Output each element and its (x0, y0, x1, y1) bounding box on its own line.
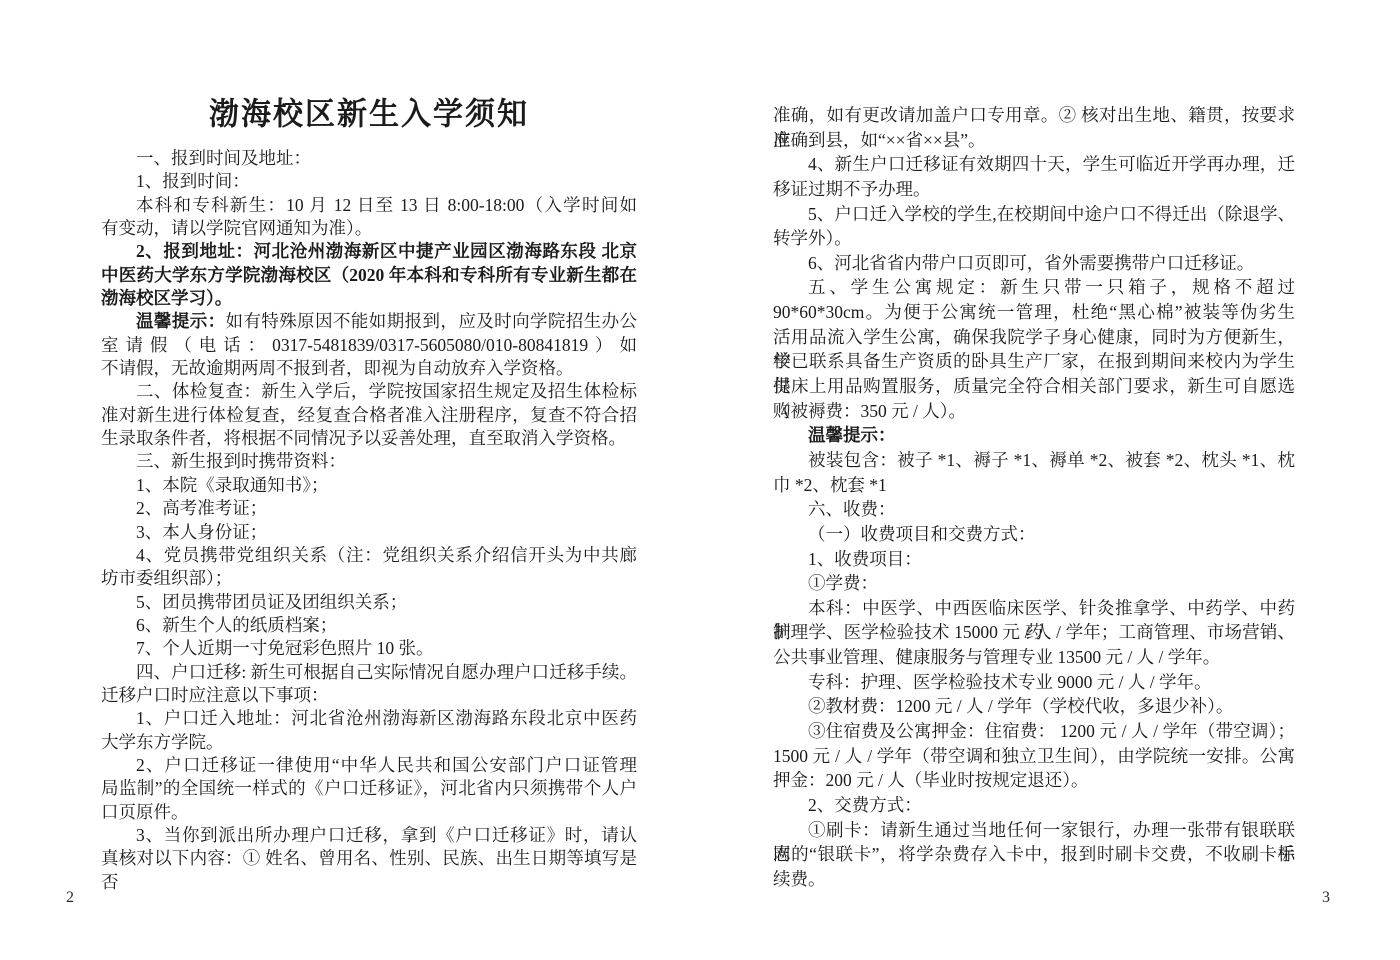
text-run: 6、河北省省内带户口页即可，省外需要携带户口迁移证。 (808, 253, 1254, 273)
text-line: 2、交费方式： (773, 793, 1295, 818)
text-run: ③住宿费及公寓押金：住宿费： 1200 元 / 人 / 学年（带空调）； (808, 721, 1295, 741)
text-line: 4、新生户口迁移证有效期四十天，学生可临近开学再办理，迁 (773, 152, 1295, 177)
text-run: 2、户口迁移证一律使用“中华人民共和国公安部门户口证管理 (136, 755, 637, 775)
text-run: 押金：200 元 / 人（毕业时按规定退还）。 (773, 770, 1089, 790)
text-line: 3、当你到派出所办理户口迁移，拿到《户口迁移证》时，请认 (101, 824, 637, 847)
text-run: 二、体检复查：新生入学后，学院按国家招生规定及招生体检标 (136, 381, 637, 401)
text-run: （被褥费：350 元 / 人）。 (773, 401, 966, 421)
text-line: 本科：中医学、中西医临床医学、针灸推拿学、中药学、中药制药、 (773, 596, 1295, 621)
page-3-content: 准确，如有更改请加盖户口专用章。② 核对出生地、籍贯，按要求应准确到县，如“××… (773, 103, 1295, 867)
text-run: 4、新生户口迁移证有效期四十天，学生可临近开学再办理，迁 (808, 154, 1295, 174)
text-run: 专科：护理、医学检验技术专业 9000 元 / 人 / 学年。 (808, 672, 1211, 692)
text-line: 4、党员携带党组织关系（注：党组织关系介绍信开头为中共廊 (101, 544, 637, 567)
text-run: 如有特殊原因不能如期报到，应及时向学院招生办公 (226, 311, 637, 331)
text-run: 不请假，无故逾期两周不报到者，即视为自动放弃入学资格。 (101, 358, 574, 378)
text-line: 室请假（电话：0317-5481839/0317-5605080/010-808… (101, 334, 637, 357)
text-run: 2、报到地址：河北沧州渤海新区中捷产业园区渤海路东段 北京 (136, 241, 637, 261)
text-line: 中医药大学东方学院渤海校区（2020 年本科和专科所有专业新生都在 (101, 264, 637, 287)
text-line: 准确到县，如“××省××县”。 (773, 128, 1295, 153)
text-line: 三、新生报到时携带资料： (101, 450, 637, 473)
text-run: 准对新生进行体检复查，经复查合格者准入注册程序，复查不符合招 (101, 405, 637, 425)
text-line: 口页原件。 (101, 801, 637, 824)
text-line: ①刷卡：请新生通过当地任何一家银行，办理一张带有银联联网标 (773, 818, 1295, 843)
page-number-left: 2 (66, 890, 74, 906)
text-line: 活用品流入学生公寓，确保我院学子身心健康，同时为方便新生，学 (773, 325, 1295, 350)
text-run: 本科和专科新生：10 月 12 日至 13 日 8:00-18:00（入学时间如 (136, 195, 637, 215)
text-line: 准对新生进行体检复查，经复查合格者准入注册程序，复查不符合招 (101, 404, 637, 427)
text-line: 局监制”的全国统一样式的《户口迁移证》，河北省内只须携带个人户 (101, 777, 637, 800)
text-run: 被装包含：被子 *1、褥子 *1、褥单 *2、被套 *2、枕头 *1、枕 (808, 450, 1295, 470)
text-run: 90*60*30cm。为便于公寓统一管理，杜绝“黑心棉”被装等伪劣生 (773, 302, 1295, 322)
text-line: 3、本人身份证； (101, 521, 637, 544)
text-run: 生录取条件者，将根据不同情况予以妥善处理，直至取消入学资格。 (101, 428, 626, 448)
text-line: 1、报到时间： (101, 170, 637, 193)
text-line: 迁移户口时应注意以下事项： (101, 684, 637, 707)
text-line: 真核对以下内容：① 姓名、曾用名、性别、民族、出生日期等填写是否 (101, 847, 637, 870)
text-run: ①学费： (808, 573, 878, 593)
text-line: 坊市委组织部）； (101, 567, 637, 590)
text-run: 4、党员携带党组织关系（注：党组织关系介绍信开头为中共廊 (136, 545, 637, 565)
text-line: 校已联系具备生产资质的卧具生产厂家，在报到期间来校内为学生提 (773, 349, 1295, 374)
text-line: 渤海校区学习）。 (101, 287, 637, 310)
text-run: 5、团员携带团员证及团组织关系； (136, 592, 407, 612)
text-run: （一）收费项目和交费方式： (808, 524, 1036, 544)
text-run: 大学东方学院。 (101, 732, 224, 752)
text-run: 迁移户口时应注意以下事项： (101, 685, 329, 705)
text-line: 有变动，请以学院官网通知为准）。 (101, 217, 637, 240)
text-line: 专科：护理、医学检验技术专业 9000 元 / 人 / 学年。 (773, 670, 1295, 695)
text-run: 室请假（电话：0317-5481839/0317-5605080/010-808… (101, 335, 637, 355)
text-line: 1、户口迁入地址：河北省沧州渤海新区渤海路东段北京中医药 (101, 707, 637, 730)
text-line: 2、报到地址：河北沧州渤海新区中捷产业园区渤海路东段 北京 (101, 240, 637, 263)
text-line: 二、体检复查：新生入学后，学院按国家招生规定及招生体检标 (101, 380, 637, 403)
text-line: 1、收费项目： (773, 547, 1295, 572)
text-run: 有变动，请以学院官网通知为准）。 (101, 218, 372, 238)
text-line: 5、户口迁入学校的学生,在校期间中途户口不得迁出（除退学、 (773, 202, 1295, 227)
text-run: 1、本院《录取通知书》； (136, 475, 329, 495)
text-line: 准确，如有更改请加盖户口专用章。② 核对出生地、籍贯，按要求应 (773, 103, 1295, 128)
text-line: 2、户口迁移证一律使用“中华人民共和国公安部门户口证管理 (101, 754, 637, 777)
text-line: 90*60*30cm。为便于公寓统一管理，杜绝“黑心棉”被装等伪劣生 (773, 300, 1295, 325)
text-run: 渤海校区学习）。 (101, 288, 232, 308)
text-line: ③住宿费及公寓押金：住宿费： 1200 元 / 人 / 学年（带空调）； (773, 719, 1295, 744)
text-run: 3、当你到派出所办理户口迁移，拿到《户口迁移证》时，请认 (136, 825, 637, 845)
text-line: 一、报到时间及地址： (101, 147, 637, 170)
text-line: 移证过期不予办理。 (773, 177, 1295, 202)
text-line: ②教材费：1200 元 / 人 / 学年（学校代收，多退少补）。 (773, 694, 1295, 719)
text-line: （一）收费项目和交费方式： (773, 522, 1295, 547)
text-line: 7、个人近期一寸免冠彩色照片 10 张。 (101, 637, 637, 660)
text-line: 大学东方学院。 (101, 731, 637, 754)
text-run: 温馨提示： (808, 425, 896, 445)
text-line: 1、本院《录取通知书》； (101, 474, 637, 497)
text-run: 2、交费方式： (808, 795, 922, 815)
text-line: 5、团员携带团员证及团组织关系； (101, 591, 637, 614)
text-run: 真核对以下内容：① 姓名、曾用名、性别、民族、出生日期等填写是否 (101, 848, 637, 891)
text-line: 四、户口迁移: 新生可根据自己实际情况自愿办理户口迁移手续。 (101, 661, 637, 684)
text-run: 六、收费： (808, 499, 896, 519)
text-run: 准确到县，如“××省××县”。 (773, 130, 986, 150)
text-line: 供床上用品购置服务，质量完全符合相关部门要求，新生可自愿选购 (773, 374, 1295, 399)
document-title: 渤海校区新生入学须知 (101, 97, 637, 132)
text-run: 转学外）。 (773, 228, 852, 248)
text-run: 3、本人身份证； (136, 522, 267, 542)
text-run: 三、新生报到时携带资料： (136, 451, 346, 471)
text-run: 1500 元 / 人 / 学年（带空调和独立卫生间），由学院统一安排。公寓 (773, 746, 1295, 766)
text-run: 7、个人近期一寸免冠彩色照片 10 张。 (136, 638, 434, 658)
text-line: 被装包含：被子 *1、褥子 *1、褥单 *2、被套 *2、枕头 *1、枕 (773, 448, 1295, 473)
text-run: 局监制”的全国统一样式的《户口迁移证》，河北省内只须携带个人户 (101, 778, 637, 798)
text-run: 5、户口迁入学校的学生,在校期间中途户口不得迁出（除退学、 (808, 204, 1295, 224)
text-run: 志的“银联卡”，将学杂费存入卡中，报到时刷卡交费，不收刷卡手续费。 (773, 844, 1295, 889)
text-line: 转学外）。 (773, 226, 1295, 251)
page-2-text-block: 一、报到时间及地址：1、报到时间：本科和专科新生：10 月 12 日至 13 日… (101, 147, 637, 871)
text-line: 志的“银联卡”，将学杂费存入卡中，报到时刷卡交费，不收刷卡手续费。 (773, 842, 1295, 867)
text-run: 护理学、医学检验技术 15000 元 / 人 / 学年；工商管理、市场营销、 (773, 622, 1295, 642)
text-line: 不请假，无故逾期两周不报到者，即视为自动放弃入学资格。 (101, 357, 637, 380)
text-run: 坊市委组织部）； (101, 568, 232, 588)
text-line: ①学费： (773, 571, 1295, 596)
page-2-content: 渤海校区新生入学须知 一、报到时间及地址：1、报到时间：本科和专科新生：10 月… (101, 95, 637, 871)
text-run: 巾 *2、枕套 *1 (773, 475, 887, 495)
text-line: 公共事业管理、健康服务与管理专业 13500 元 / 人 / 学年。 (773, 645, 1295, 670)
text-run: 移证过期不予办理。 (773, 179, 931, 199)
text-line: 温馨提示： (773, 423, 1295, 448)
text-line: 巾 *2、枕套 *1 (773, 473, 1295, 498)
text-line: 生录取条件者，将根据不同情况予以妥善处理，直至取消入学资格。 (101, 427, 637, 450)
text-line: 1500 元 / 人 / 学年（带空调和独立卫生间），由学院统一安排。公寓 (773, 744, 1295, 769)
text-line: 护理学、医学检验技术 15000 元 / 人 / 学年；工商管理、市场营销、 (773, 620, 1295, 645)
text-line: 温馨提示：如有特殊原因不能如期报到，应及时向学院招生办公 (101, 310, 637, 333)
text-run: 五、学生公寓规定：新生只带一只箱子，规格不超过 (808, 277, 1295, 297)
text-line: 2、高考准考证； (101, 497, 637, 520)
text-run: ②教材费：1200 元 / 人 / 学年（学校代收，多退少补）。 (808, 696, 1233, 716)
text-run: 温馨提示： (136, 311, 226, 331)
text-run: 1、户口迁入地址：河北省沧州渤海新区渤海路东段北京中医药 (136, 708, 637, 728)
text-run: 1、报到时间： (136, 171, 250, 191)
text-run: 四、户口迁移: 新生可根据自己实际情况自愿办理户口迁移手续。 (136, 662, 637, 682)
text-run: 中医药大学东方学院渤海校区（2020 年本科和专科所有专业新生都在 (101, 265, 637, 285)
text-line: 五、学生公寓规定：新生只带一只箱子，规格不超过 (773, 275, 1295, 300)
page-number-right: 3 (1322, 890, 1330, 906)
text-run: 公共事业管理、健康服务与管理专业 13500 元 / 人 / 学年。 (773, 647, 1220, 667)
text-line: 6、河北省省内带户口页即可，省外需要携带户口迁移证。 (773, 251, 1295, 276)
text-line: 本科和专科新生：10 月 12 日至 13 日 8:00-18:00（入学时间如 (101, 194, 637, 217)
text-run: 口页原件。 (101, 802, 189, 822)
text-run: 一、报到时间及地址： (136, 148, 311, 168)
text-run: 6、新生个人的纸质档案； (136, 615, 337, 635)
text-line: 六、收费： (773, 497, 1295, 522)
document-spread: 渤海校区新生入学须知 一、报到时间及地址：1、报到时间：本科和专科新生：10 月… (0, 0, 1400, 960)
text-line: （被褥费：350 元 / 人）。 (773, 399, 1295, 424)
text-line: 6、新生个人的纸质档案； (101, 614, 637, 637)
text-run: 1、收费项目： (808, 549, 922, 569)
text-run: 2、高考准考证； (136, 498, 267, 518)
text-line: 押金：200 元 / 人（毕业时按规定退还）。 (773, 768, 1295, 793)
page-3-text-block: 准确，如有更改请加盖户口专用章。② 核对出生地、籍贯，按要求应准确到县，如“××… (773, 103, 1295, 867)
